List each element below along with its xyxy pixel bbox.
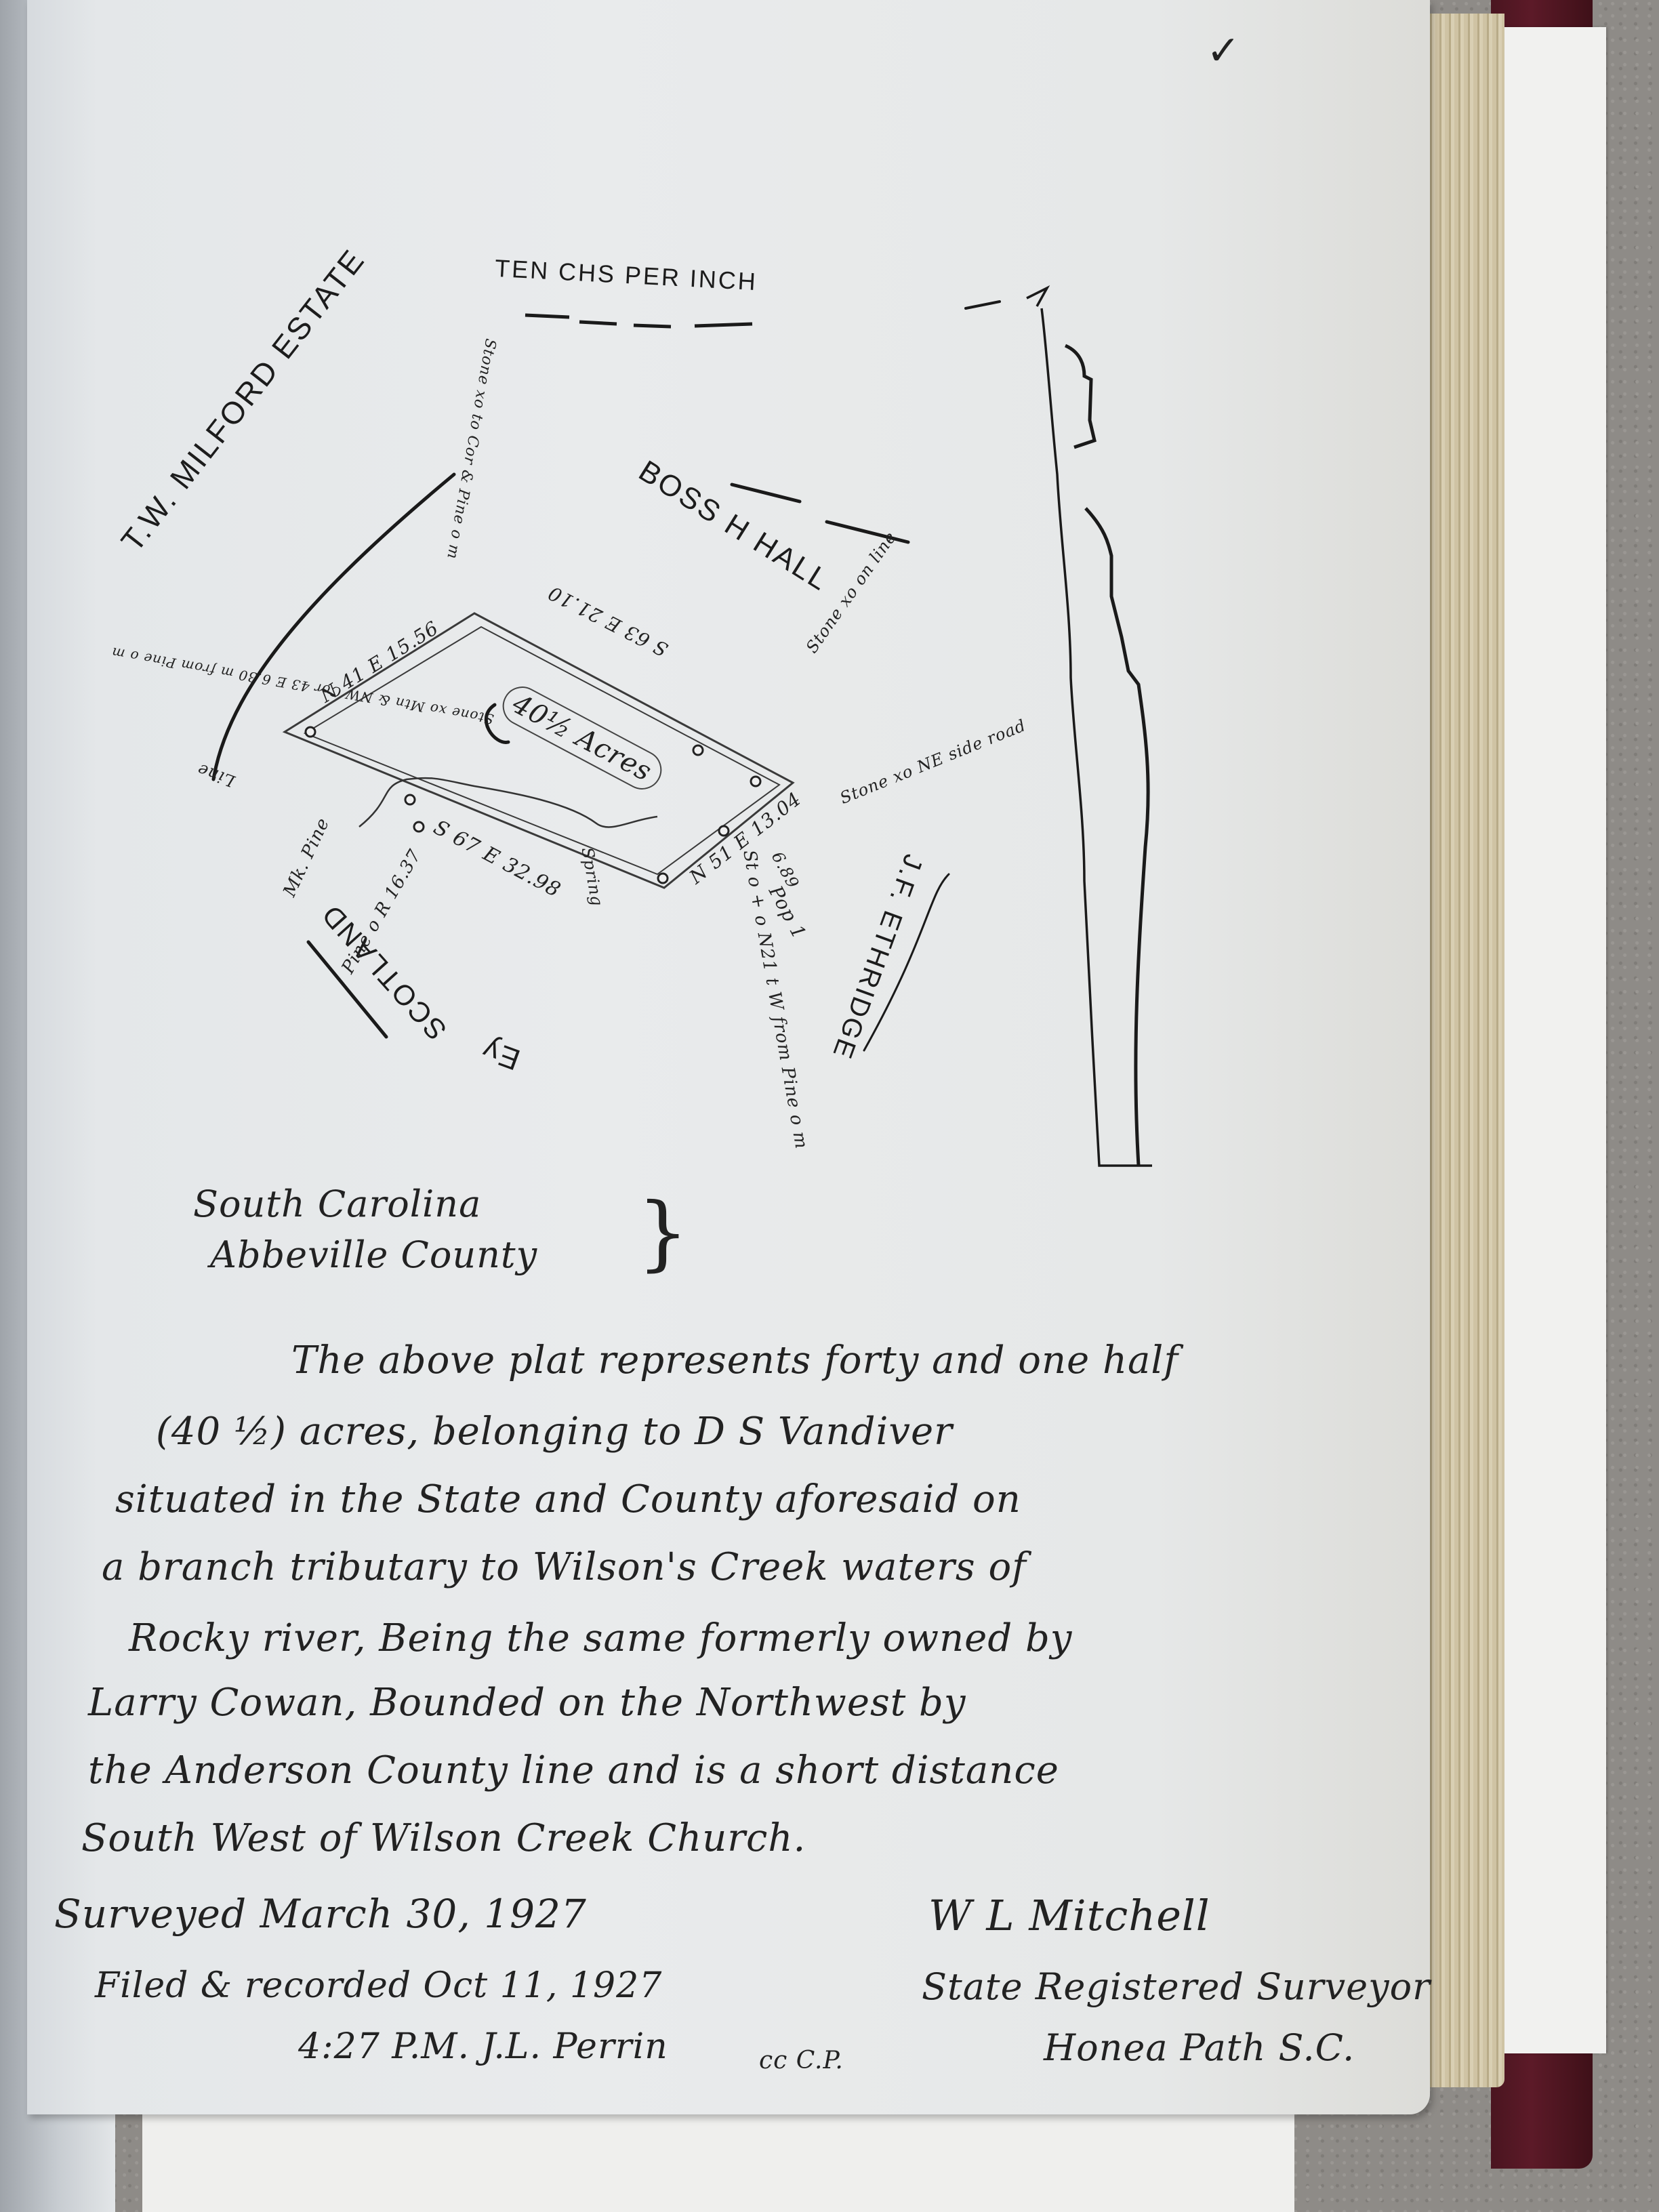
body-line-2: (40 ½) acres, belonging to D S Vandiver: [156, 1410, 953, 1454]
north-arrow: [1027, 288, 1047, 306]
surveyed-date: Surveyed March 30, 1927: [54, 1891, 587, 1937]
clerk-suffix: cc C.P.: [759, 2047, 844, 2074]
body-line-7: the Anderson County line and is a short …: [88, 1748, 1059, 1793]
body-line-4: a branch tributary to Wilson's Creek wat…: [102, 1545, 1027, 1589]
jurat-county: Abbeville County: [210, 1233, 537, 1276]
plat-drawing: [27, 0, 1430, 1220]
body-line-6: Larry Cowan, Bounded on the Northwest by: [88, 1681, 966, 1725]
surveyor-signature: W L Mitchell: [928, 1891, 1210, 1940]
body-line-1: The above plat represents forty and one …: [291, 1338, 1179, 1382]
creek-line: [359, 778, 657, 827]
body-line-8: South West of Wilson Creek Church.: [81, 1816, 806, 1860]
jurat-brace: }: [637, 1186, 689, 1280]
record-page: TEN CHS PER INCH T.W. MILFORD ESTATE BOS…: [27, 0, 1430, 2114]
body-line-3: situated in the State and County aforesa…: [115, 1477, 1021, 1521]
filing-time-clerk: 4:27 P.M. J.L. Perrin: [298, 2026, 668, 2067]
road-right-edge-upper: [1065, 346, 1094, 447]
body-line-5: Rocky river, Being the same formerly own…: [129, 1616, 1072, 1660]
surveyor-title: State Registered Surveyor: [922, 1965, 1431, 2008]
jurat-state: South Carolina: [193, 1183, 481, 1225]
filed-recorded-date: Filed & recorded Oct 11, 1927: [95, 1965, 662, 2006]
surveyor-location: Honea Path S.C.: [1044, 2026, 1355, 2069]
check-mark: ✓: [1206, 27, 1241, 75]
